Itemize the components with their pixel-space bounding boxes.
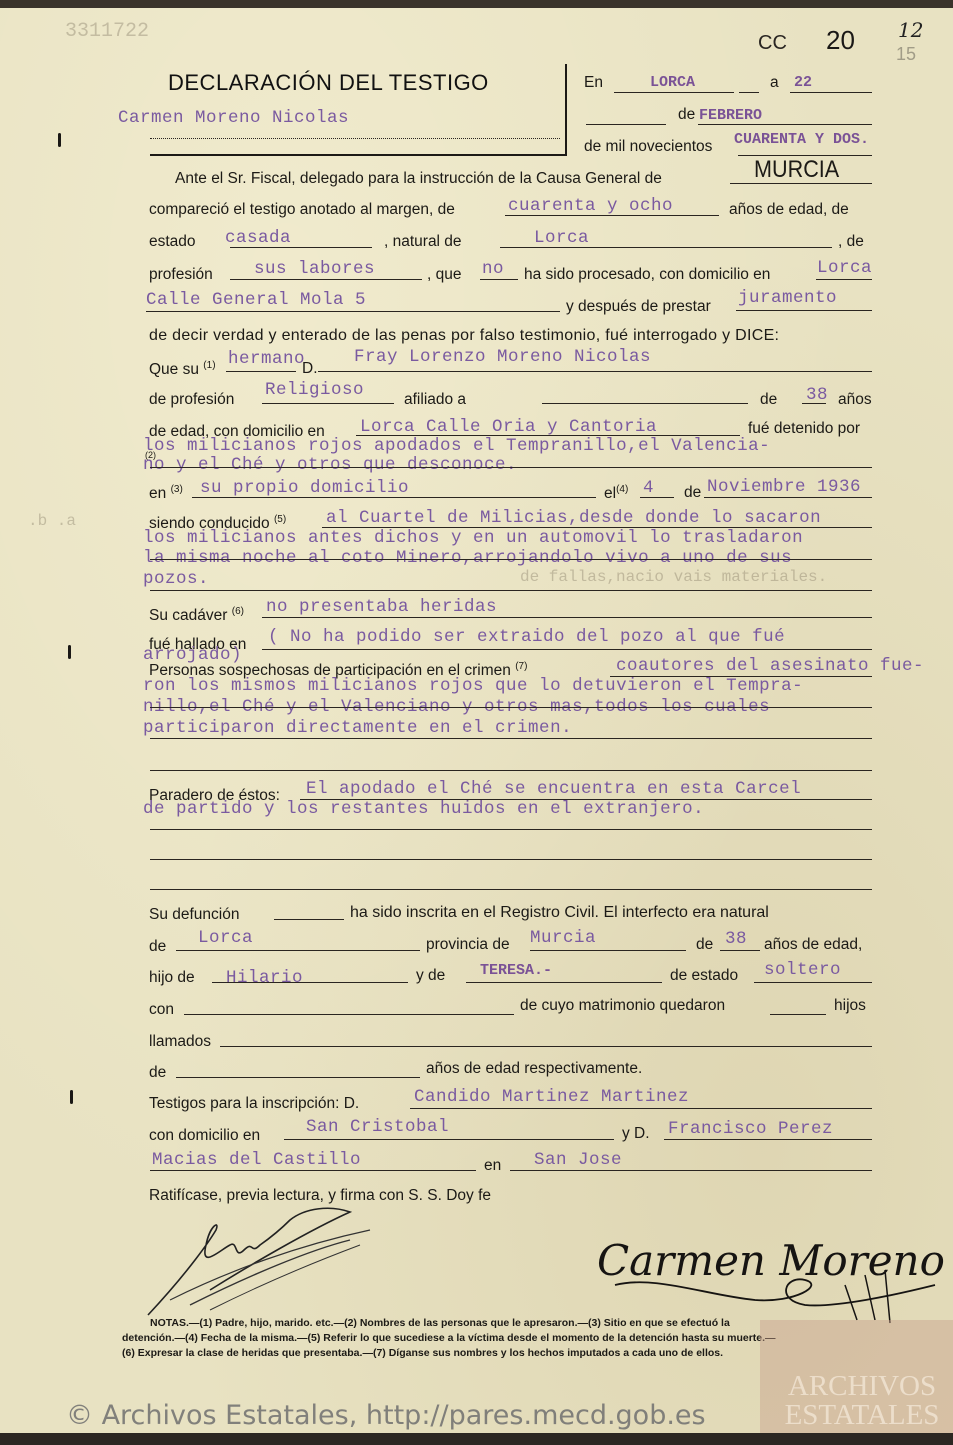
fill-line bbox=[230, 279, 422, 280]
witness-marital-status: casada bbox=[225, 228, 291, 248]
witness-name: Carmen Moreno Nicolas bbox=[118, 108, 349, 128]
arrest-day: 4 bbox=[643, 478, 654, 498]
text-de: de bbox=[684, 484, 701, 502]
fill-line bbox=[150, 738, 872, 739]
label: Su cadáver bbox=[149, 607, 227, 624]
fill-line bbox=[736, 310, 872, 311]
note-ref: (4) bbox=[616, 484, 628, 495]
text-comparecio: compareció el testigo anotado al margen,… bbox=[149, 201, 455, 219]
fill-line bbox=[226, 371, 296, 372]
fill-line bbox=[770, 1014, 826, 1015]
text-hijo-de: hijo de bbox=[149, 969, 195, 987]
fill-line bbox=[220, 1046, 872, 1047]
fill-line bbox=[480, 279, 518, 280]
folio-prefix: CC bbox=[758, 32, 787, 55]
text-de-estado: de estado bbox=[670, 967, 738, 985]
place-value: LORCA bbox=[650, 74, 695, 91]
text-hijos: hijos bbox=[834, 997, 866, 1015]
fill-line bbox=[150, 467, 872, 468]
fill-line bbox=[146, 311, 560, 312]
fill-line bbox=[150, 859, 872, 860]
oath-type: juramento bbox=[738, 288, 837, 308]
fill-line bbox=[150, 559, 872, 560]
fill-line bbox=[704, 497, 872, 498]
notes-line-1: NOTAS.—(1) Padre, hijo, marido. etc.—(2)… bbox=[150, 1317, 730, 1329]
text-de: de bbox=[149, 1064, 166, 1082]
month-value: FEBRERO bbox=[699, 107, 762, 124]
body-condition: no presentaba heridas bbox=[266, 597, 497, 617]
fill-line bbox=[664, 1139, 872, 1140]
victim-address: Lorca Calle Oria y Cantoria bbox=[360, 417, 657, 437]
day-line bbox=[790, 92, 872, 93]
fill-line bbox=[530, 950, 686, 951]
fill-line bbox=[150, 770, 872, 771]
suspects-line-4: participaron directamente en el crimen. bbox=[143, 718, 572, 738]
registration-witness-1: Candido Martinez Martinez bbox=[414, 1087, 689, 1107]
text-su-defuncion: Su defunción bbox=[149, 906, 240, 924]
note-ref: (7) bbox=[515, 661, 527, 672]
text-natural-de: , natural de bbox=[384, 233, 462, 251]
fill-line bbox=[816, 279, 872, 280]
month-label: de bbox=[678, 106, 695, 124]
arrested-by-line-1: los milicianos rojos apodados el Tempran… bbox=[143, 436, 770, 456]
label: en bbox=[149, 485, 166, 502]
fill-line bbox=[542, 403, 748, 404]
arrest-month-year: Noviembre 1936 bbox=[707, 477, 861, 497]
causa-general-province: MURCIA bbox=[754, 156, 839, 184]
fill-line bbox=[176, 950, 420, 951]
body-found-line-1: ( No ha podido ser extraido del pozo al … bbox=[268, 627, 785, 647]
bleed-through-text: 3311722 bbox=[65, 20, 149, 43]
scan-edge-top bbox=[0, 0, 953, 8]
witness-age: cuarenta y ocho bbox=[508, 196, 673, 216]
suspects-whereabouts-line-2: de partido y los restantes huidos en el … bbox=[143, 799, 704, 819]
registration-witness-2-surname: Macias del Castillo bbox=[152, 1150, 361, 1170]
notes-line-3: (6) Expresar la clase de heridas que pre… bbox=[122, 1347, 723, 1359]
fill-line bbox=[720, 950, 760, 951]
text-profesion: profesión bbox=[149, 266, 213, 284]
witness-signature: Carmen Moreno bbox=[595, 1205, 953, 1325]
fill-line bbox=[274, 919, 344, 920]
text-anos: años bbox=[838, 391, 872, 409]
label: el bbox=[604, 485, 616, 502]
suspects-line-1: coautores del asesinato fue- bbox=[616, 656, 924, 676]
victim-age: 38 bbox=[806, 385, 828, 405]
place-line bbox=[739, 92, 759, 93]
fill-line bbox=[150, 707, 872, 708]
suspects-line-2: ron los mismos milicianos rojos que lo d… bbox=[143, 676, 803, 696]
punch-mark bbox=[70, 1090, 73, 1104]
text-de: , de bbox=[838, 233, 864, 251]
text-decir-verdad: de decir verdad y enterado de las penas … bbox=[149, 327, 779, 345]
fill-line bbox=[500, 247, 832, 248]
suspects-whereabouts-line-1: El apodado el Ché se encuentra en esta C… bbox=[306, 779, 801, 799]
victim-father: Hilario bbox=[226, 968, 303, 988]
year-value: CUARENTA Y DOS. bbox=[734, 131, 869, 148]
note-ref: (1) bbox=[203, 360, 215, 371]
fill-line bbox=[802, 403, 826, 404]
victim-birthplace: Lorca bbox=[198, 928, 253, 948]
folio-handwritten-number: 12 bbox=[898, 18, 923, 42]
notes-line-2: detención.—(4) Fecha de la misma.—(5) Re… bbox=[122, 1332, 776, 1344]
text-y-de: y de bbox=[416, 967, 445, 985]
victim-province: Murcia bbox=[530, 928, 596, 948]
text-con-domicilio: con domicilio en bbox=[149, 1127, 260, 1145]
witness-processed: no bbox=[482, 259, 504, 279]
witness-birthplace: Lorca bbox=[534, 228, 589, 248]
registration-witness-2-address: San Jose bbox=[534, 1150, 622, 1170]
fill-line bbox=[150, 590, 872, 591]
label: Que su bbox=[149, 361, 199, 378]
text-llamados: llamados bbox=[149, 1033, 211, 1051]
text-en: en (3) bbox=[149, 484, 183, 503]
witness-address: Calle General Mola 5 bbox=[146, 290, 366, 310]
fill-line bbox=[410, 1108, 872, 1109]
year-label: de mil novecientos bbox=[584, 138, 712, 156]
text-estado: estado bbox=[149, 233, 196, 251]
events-line-1: al Cuartel de Milicias,desde donde lo sa… bbox=[326, 508, 821, 528]
day-value: 22 bbox=[794, 74, 812, 91]
document-title: DECLARACIÓN DEL TESTIGO bbox=[168, 70, 489, 96]
arrest-place: su propio domicilio bbox=[200, 478, 409, 498]
fill-line bbox=[184, 1014, 514, 1015]
victim-name: Fray Lorenzo Moreno Nicolas bbox=[354, 347, 651, 367]
punch-mark bbox=[68, 645, 71, 659]
text-el: el(4) bbox=[604, 484, 628, 503]
bleed-through-text: de fallas,nacio vais materiales. bbox=[520, 568, 827, 586]
note-ref: (6) bbox=[232, 606, 244, 617]
copyright-watermark: © Archivos Estatales, http://pares.mecd.… bbox=[66, 1400, 706, 1431]
text-de: de bbox=[149, 938, 166, 956]
text-matrimonio: de cuyo matrimonio quedaron bbox=[520, 997, 725, 1015]
events-line-2: los milicianos antes dichos y en un auto… bbox=[143, 528, 803, 548]
text-provincia: provincia de bbox=[426, 936, 510, 954]
place-label: En bbox=[584, 74, 603, 92]
text-despues: y después de prestar bbox=[566, 298, 711, 316]
fill-line bbox=[262, 403, 394, 404]
text-con: con bbox=[149, 1001, 174, 1019]
fill-line bbox=[318, 371, 872, 372]
text-afiliado: afiliado a bbox=[404, 391, 466, 409]
official-signature bbox=[130, 1200, 460, 1320]
registration-witness-2: Francisco Perez bbox=[668, 1119, 833, 1139]
archive-logo-text: ARCHIVOS ESTATALES bbox=[772, 1372, 952, 1430]
fill-line bbox=[505, 215, 719, 216]
events-line-4: pozos. bbox=[143, 569, 209, 589]
witness-domicile-city: Lorca bbox=[817, 258, 872, 278]
dotted-rule bbox=[150, 138, 560, 139]
month-line-left bbox=[586, 124, 666, 125]
registration-witness-1-address: San Cristobal bbox=[306, 1117, 449, 1137]
folio-crossed-number: 15 bbox=[896, 44, 916, 65]
text-anos-respectivamente: años de edad respectivamente. bbox=[426, 1060, 642, 1078]
title-block-underline bbox=[150, 154, 566, 156]
text-testigos-inscripcion: Testigos para la inscripción: D. bbox=[149, 1095, 359, 1113]
victim-age-at-death: 38 bbox=[725, 929, 747, 949]
note-ref: (3) bbox=[171, 484, 183, 495]
text-registro-civil: ha sido inscrita en el Registro Civil. E… bbox=[350, 904, 769, 922]
text-su-cadaver: Su cadáver (6) bbox=[149, 606, 244, 625]
fill-line bbox=[262, 649, 872, 650]
victim-marital-status: soltero bbox=[764, 960, 841, 980]
witness-signature-text: Carmen Moreno bbox=[597, 1236, 945, 1285]
text-que-su: Que su (1) bbox=[149, 360, 216, 379]
fill-line bbox=[510, 1170, 872, 1171]
victim-profession: Religioso bbox=[265, 380, 364, 400]
text-de: de bbox=[760, 391, 777, 409]
text-que: , que bbox=[427, 266, 461, 284]
fill-line bbox=[150, 829, 872, 830]
events-line-3: la misma noche al coto Minero,arrojandol… bbox=[143, 548, 792, 568]
fill-line bbox=[262, 617, 872, 618]
text-anos-de-edad: años de edad, de bbox=[729, 201, 849, 219]
text-d: D. bbox=[302, 360, 318, 378]
fill-line bbox=[466, 982, 662, 983]
victim-mother: TERESA.- bbox=[480, 962, 552, 979]
fill-line bbox=[150, 889, 872, 890]
text-fiscal: Ante el Sr. Fiscal, delegado para la ins… bbox=[175, 170, 662, 188]
fill-line bbox=[754, 982, 872, 983]
witness-profession: sus labores bbox=[254, 259, 375, 279]
bleed-through-text: .b .a bbox=[28, 512, 76, 530]
fill-line bbox=[176, 1077, 420, 1078]
fill-line bbox=[284, 1139, 614, 1140]
text-anos-de-edad: años de edad, bbox=[764, 936, 862, 954]
scan-edge-bottom bbox=[0, 1433, 953, 1445]
title-block-divider bbox=[565, 64, 567, 156]
arrested-by-line-2: no y el Ché y otros que desconoce. bbox=[143, 455, 517, 475]
logo-line-1: ARCHIVOS bbox=[772, 1372, 952, 1401]
victim-relationship: hermano bbox=[228, 349, 305, 369]
place-line bbox=[614, 92, 734, 93]
month-line bbox=[698, 124, 872, 125]
text-en: en bbox=[484, 1157, 501, 1175]
fill-line bbox=[640, 497, 674, 498]
fill-line bbox=[212, 982, 408, 983]
document-page: 3311722 CC 20 12 15 DECLARACIÓN DEL TEST… bbox=[0, 0, 953, 1433]
note-ref: (5) bbox=[274, 514, 286, 525]
fill-line bbox=[192, 497, 596, 498]
folio-page-number: 20 bbox=[826, 25, 855, 56]
punch-mark bbox=[58, 133, 61, 147]
text-de-profesion: de profesión bbox=[149, 391, 234, 409]
fill-line bbox=[230, 247, 372, 248]
fill-line bbox=[150, 1170, 476, 1171]
text-y-d: y D. bbox=[622, 1125, 650, 1143]
text-de: de bbox=[696, 936, 713, 954]
day-label: a bbox=[770, 74, 779, 92]
logo-line-2: ESTATALES bbox=[772, 1401, 952, 1430]
text-procesado: ha sido procesado, con domicilio en bbox=[524, 266, 770, 284]
